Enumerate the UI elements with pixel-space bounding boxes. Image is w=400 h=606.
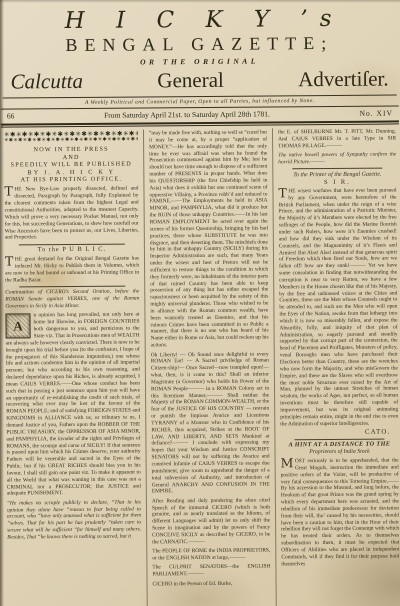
- byelaw-paragraph: THE New Bye-Law properly dissected, defi…: [4, 186, 138, 242]
- section-divider: [19, 243, 125, 245]
- ornament-border-row2: ✳✱✳✱✳✱✳✱✳✱✳✱✳✱✳✱✳✱✳✱✳✱✳✱✳✱✳✱✳✱✳✱✳✱✳✱: [4, 136, 138, 143]
- date-range: From Saturday April 21st. to Saturday Ap…: [104, 109, 270, 119]
- to-the-public-heading: To the P U B L I C.: [5, 247, 139, 255]
- cicero-oration-intro: Continuation of CICERO’s Second Oration,…: [5, 289, 139, 311]
- to-the-printer-heading: To the Printer of the Bengal Gazette.: [278, 171, 396, 179]
- scanned-sheet: H I C K Y ’s BENGAL GAZETTE; OR THE ORIG…: [0, 0, 400, 606]
- paper-title-hickys: H I C K Y ’s: [0, 6, 400, 34]
- hint-subheading: Proprietors of India Stock: [280, 449, 398, 457]
- drop-cap-t: T: [278, 188, 288, 199]
- title-word-advertiser: Advertiſer.: [298, 67, 389, 92]
- press-announcement-heading: NOW IN THE PRESS AND SPEEDILY WILL BE PU…: [4, 145, 138, 184]
- section-divider: [294, 438, 384, 440]
- column-right: the E. of SHELBURNE Mr. T. PITT, Mr. Dun…: [273, 127, 400, 606]
- cato-letter-paragraph: THE wisest warfares that have ever been …: [278, 187, 398, 427]
- title-word-calcutta: Calcutta: [11, 69, 84, 94]
- byelaw-text: HE New Bye-Law properly dissected, defin…: [5, 186, 139, 241]
- title-word-general: General: [157, 68, 224, 93]
- people-of-rome-line: The PEOPLE OF ROME the INDIA PROPRIETORS…: [152, 548, 270, 563]
- oh-liberty-paragraph: Oh Liberty! — Oh Sound once delightful t…: [151, 351, 270, 496]
- cicero-person-line: CICERO in the Person of Ed. Burke,: [153, 580, 271, 588]
- column-middle: “may be made free with, nothing so well …: [143, 128, 277, 606]
- native-powers-line: The native bowell powers of Sympathy con…: [278, 151, 396, 166]
- article-columns: ✳✱✳✱✳✱✳✱✳✱✳✱✳✱✳✱✳✱✳✱✳✱✳✱✳✱✳✱✳✱✳✱ ✳✱✳✱✳✱✳…: [0, 124, 400, 606]
- column-left: ✳✱✳✱✳✱✳✱✳✱✳✱✳✱✳✱✳✱✳✱✳✱✳✱✳✱✳✱✳✱✳✱ ✳✱✳✱✳✱✳…: [0, 129, 147, 606]
- masthead: H I C K Y ’s BENGAL GAZETTE; OR THE ORIG…: [0, 0, 400, 128]
- hint-paragraph: MOST seriously is to be apprehended, tha…: [281, 457, 400, 567]
- drop-cap-m: M: [281, 458, 295, 469]
- paper-subtitle-or-the-original: OR THE ORIGINAL: [0, 55, 400, 67]
- drop-cap-t: T: [4, 187, 14, 198]
- shelburne-continuation: the E. of SHELBURNE Mr. T. PITT, Mr. Dun…: [278, 128, 396, 149]
- drop-cap-t: T: [5, 257, 15, 268]
- section-divider: [19, 286, 125, 288]
- cato-signature: CATO.: [280, 429, 398, 437]
- sir-salutation: S I R.: [278, 179, 396, 187]
- paper-title-calcutta-general-advertiser: Calcutta General Advertiſer.: [0, 66, 400, 93]
- section-divider: [292, 168, 382, 170]
- public-notice-paragraph: THE great demand for the Original Bengal…: [5, 256, 139, 284]
- newspaper-page: H I C K Y ’s BENGAL GAZETTE; OR THE ORIG…: [0, 0, 400, 606]
- culprit-senators-line: The CULPRIT SENATORS—the ENGLISH PARLIAM…: [152, 564, 270, 579]
- after-reading-paragraph: After Reading and duly pondering the afo…: [152, 497, 270, 546]
- paper-title-bengal-gazette: BENGAL GAZETTE;: [0, 32, 400, 56]
- edition-number: No. XIV: [360, 108, 393, 117]
- dateline: 66 From Saturday April 21st. to Saturday…: [0, 106, 400, 121]
- quote-continuation-paragraph: “may be made free with, nothing so well …: [149, 129, 269, 349]
- public-notice-text: HE great demand for the Original Bengal …: [5, 256, 139, 284]
- hint-text: OST seriously is to be apprehended, that…: [281, 457, 400, 567]
- press-heading-line: AT HIS PRINTING OFFICE.: [4, 176, 138, 185]
- ornate-drop-cap-a: A: [5, 314, 30, 339]
- issue-number: 66: [7, 111, 15, 120]
- cato-letter-text: HE wisest warfares that have ever been p…: [279, 187, 399, 427]
- verres-text: n opinion has long prevailed, not only h…: [6, 312, 141, 497]
- verres-paragraph: An opinion has long prevailed, not only …: [5, 312, 140, 498]
- verres-quote-paragraph: “He makes no scruple publicly to declare…: [7, 499, 141, 541]
